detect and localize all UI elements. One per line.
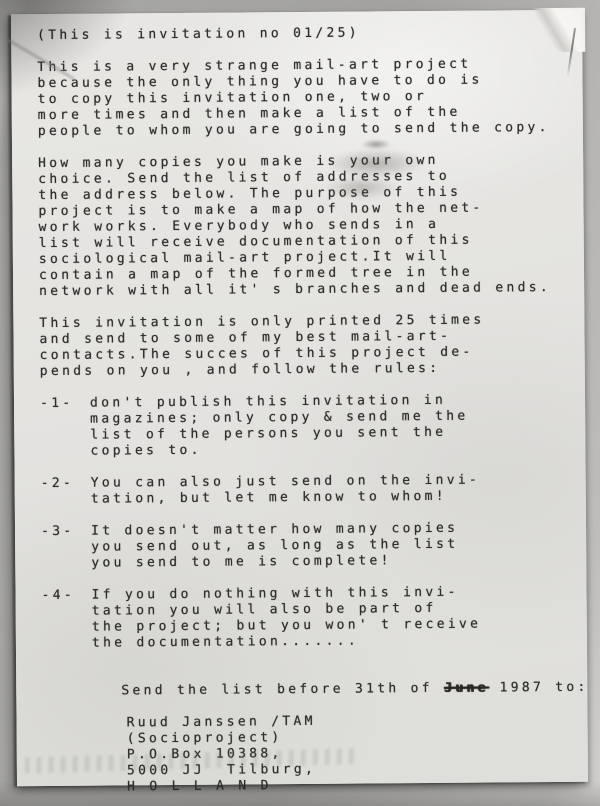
text-line: the documentation.......	[92, 633, 482, 652]
ink-smudge	[318, 171, 413, 204]
text-line: the project; but you won' t receive	[92, 617, 482, 636]
rule-4-text: If you do nothing with this invi-tation …	[91, 585, 481, 652]
text-line: you send out, as long as the list	[91, 537, 458, 556]
rule-3-text: It doesn't matter how many copiesyou sen…	[91, 521, 459, 572]
network-paragraph: How many copies you make is your ownchoi…	[38, 152, 570, 300]
text-line: people to whom you are going to send the…	[38, 120, 569, 140]
text-line: list of the persons you sent the	[90, 425, 468, 444]
printed-paragraph: This invitation is only printed 25 times…	[39, 312, 570, 380]
invitation-number-line: (This is invitation no 01/25)	[37, 24, 568, 44]
rule-4: -4- If you do nothing with this invi-tat…	[41, 584, 572, 652]
rule-3-number: -3-	[41, 524, 91, 572]
rule-2: -2- You can also just send on the invi-t…	[41, 472, 572, 508]
text-line: tation, but let me know to whom!	[91, 489, 481, 508]
send-deadline-line: Send the list before 31th of June 1987 t…	[32, 664, 573, 716]
typewritten-document: (This is invitation no 01/25) This is a …	[11, 10, 588, 786]
photo-background: (This is invitation no 01/25) This is a …	[0, 0, 600, 806]
send-deadline-suffix: 1987 to:	[488, 680, 588, 696]
rule-1-number: -1-	[40, 396, 91, 460]
send-deadline-month-overstruck: June	[444, 681, 489, 696]
intro-paragraph: This is a very strange mail-art projectb…	[37, 56, 569, 140]
text-line: copies to.	[90, 441, 468, 460]
send-deadline-prefix: Send the list before 31th of	[121, 681, 444, 699]
rule-2-text: You can also just send on the invi-tatio…	[91, 473, 481, 508]
rule-4-number: -4-	[41, 588, 92, 652]
text-line: pends on you , and follow the rules:	[40, 360, 571, 380]
ink-smudge	[356, 137, 396, 151]
rule-1: -1- don't publish this invitation inmaga…	[40, 392, 571, 460]
rule-3: -3- It doesn't matter how many copiesyou…	[41, 520, 572, 572]
paper-card: (This is invitation no 01/25) This is a …	[11, 10, 588, 786]
rule-1-text: don't publish this invitation inmagazine…	[90, 393, 469, 460]
text-line: network with all it' s branches and dead…	[39, 280, 570, 300]
text-line: you send to me is complete!	[91, 553, 458, 572]
rule-2-number: -2-	[41, 476, 91, 508]
